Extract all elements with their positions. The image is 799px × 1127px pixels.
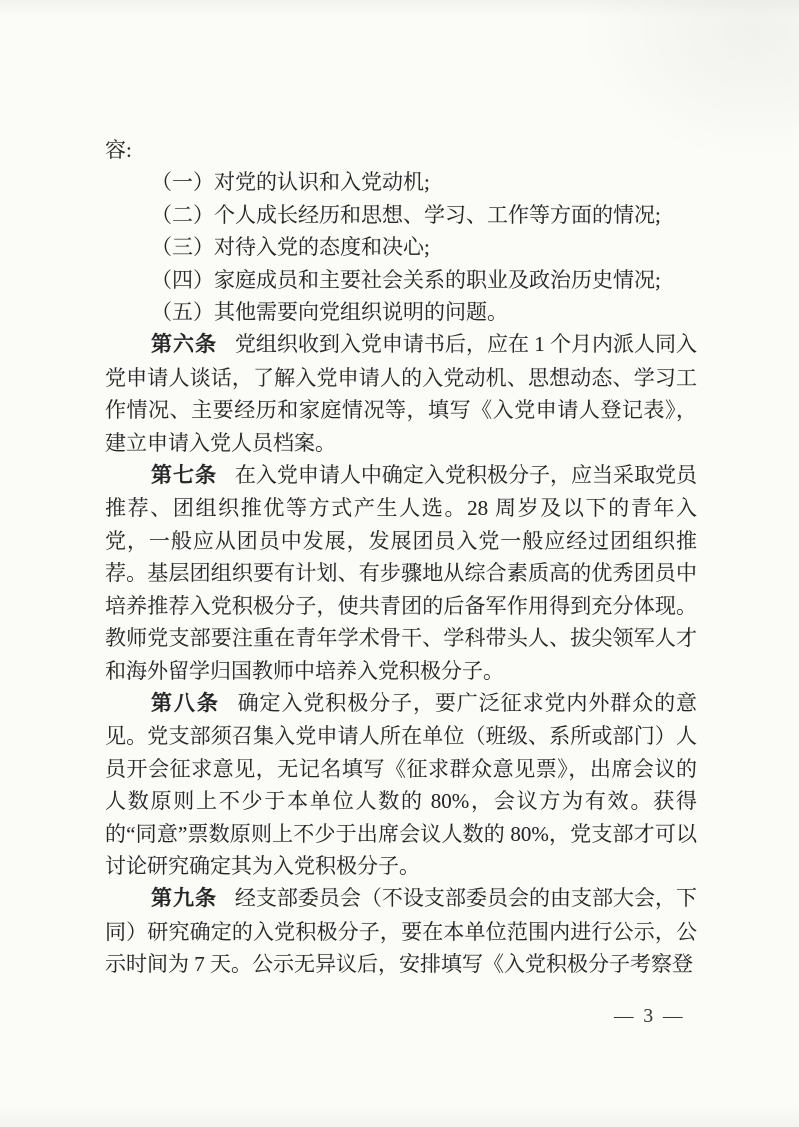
list-item-1: （一）对党的认识和入党动机; xyxy=(105,166,697,198)
scanned-document-page: 容: （一）对党的认识和入党动机; （二）个人成长经历和思想、学习、工作等方面的… xyxy=(0,0,799,1127)
article-7-paragraph: 第七条在入党申请人中确定入党积极分子，应当采取党员推荐、团组织推优等方式产生人选… xyxy=(105,459,697,687)
document-body: 容: （一）对党的认识和入党动机; （二）个人成长经历和思想、学习、工作等方面的… xyxy=(105,134,697,981)
article-9-number: 第九条 xyxy=(151,887,217,910)
article-8-text: 确定入党积极分子，要广泛征求党内外群众的意见。党支部须召集入党申请人所在单位（班… xyxy=(105,691,697,878)
article-7-number: 第七条 xyxy=(151,464,217,487)
article-9-paragraph: 第九条经支部委员会（不设支部委员会的由支部大会，下同）研究确定的入党积极分子，要… xyxy=(105,882,697,980)
list-item-4: （四）家庭成员和主要社会关系的职业及政治历史情况; xyxy=(105,264,697,296)
paragraph-continuation-fragment: 容: xyxy=(105,134,697,166)
article-7-text: 在入党申请人中确定入党积极分子，应当采取党员推荐、团组织推优等方式产生人选。28… xyxy=(105,463,697,682)
article-6-number: 第六条 xyxy=(151,333,217,356)
list-item-2: （二）个人成长经历和思想、学习、工作等方面的情况; xyxy=(105,199,697,231)
list-item-3: （三）对待入党的态度和决心; xyxy=(105,231,697,263)
list-item-5: （五）其他需要向党组织说明的问题。 xyxy=(105,296,697,328)
article-8-paragraph: 第八条确定入党积极分子，要广泛征求党内外群众的意见。党支部须召集入党申请人所在单… xyxy=(105,687,697,882)
page-number: — 3 — xyxy=(614,1006,685,1028)
article-6-paragraph: 第六条党组织收到入党申请书后，应在 1 个月内派人同入党申请人谈话，了解入党申请… xyxy=(105,328,697,459)
article-8-number: 第八条 xyxy=(151,692,220,715)
